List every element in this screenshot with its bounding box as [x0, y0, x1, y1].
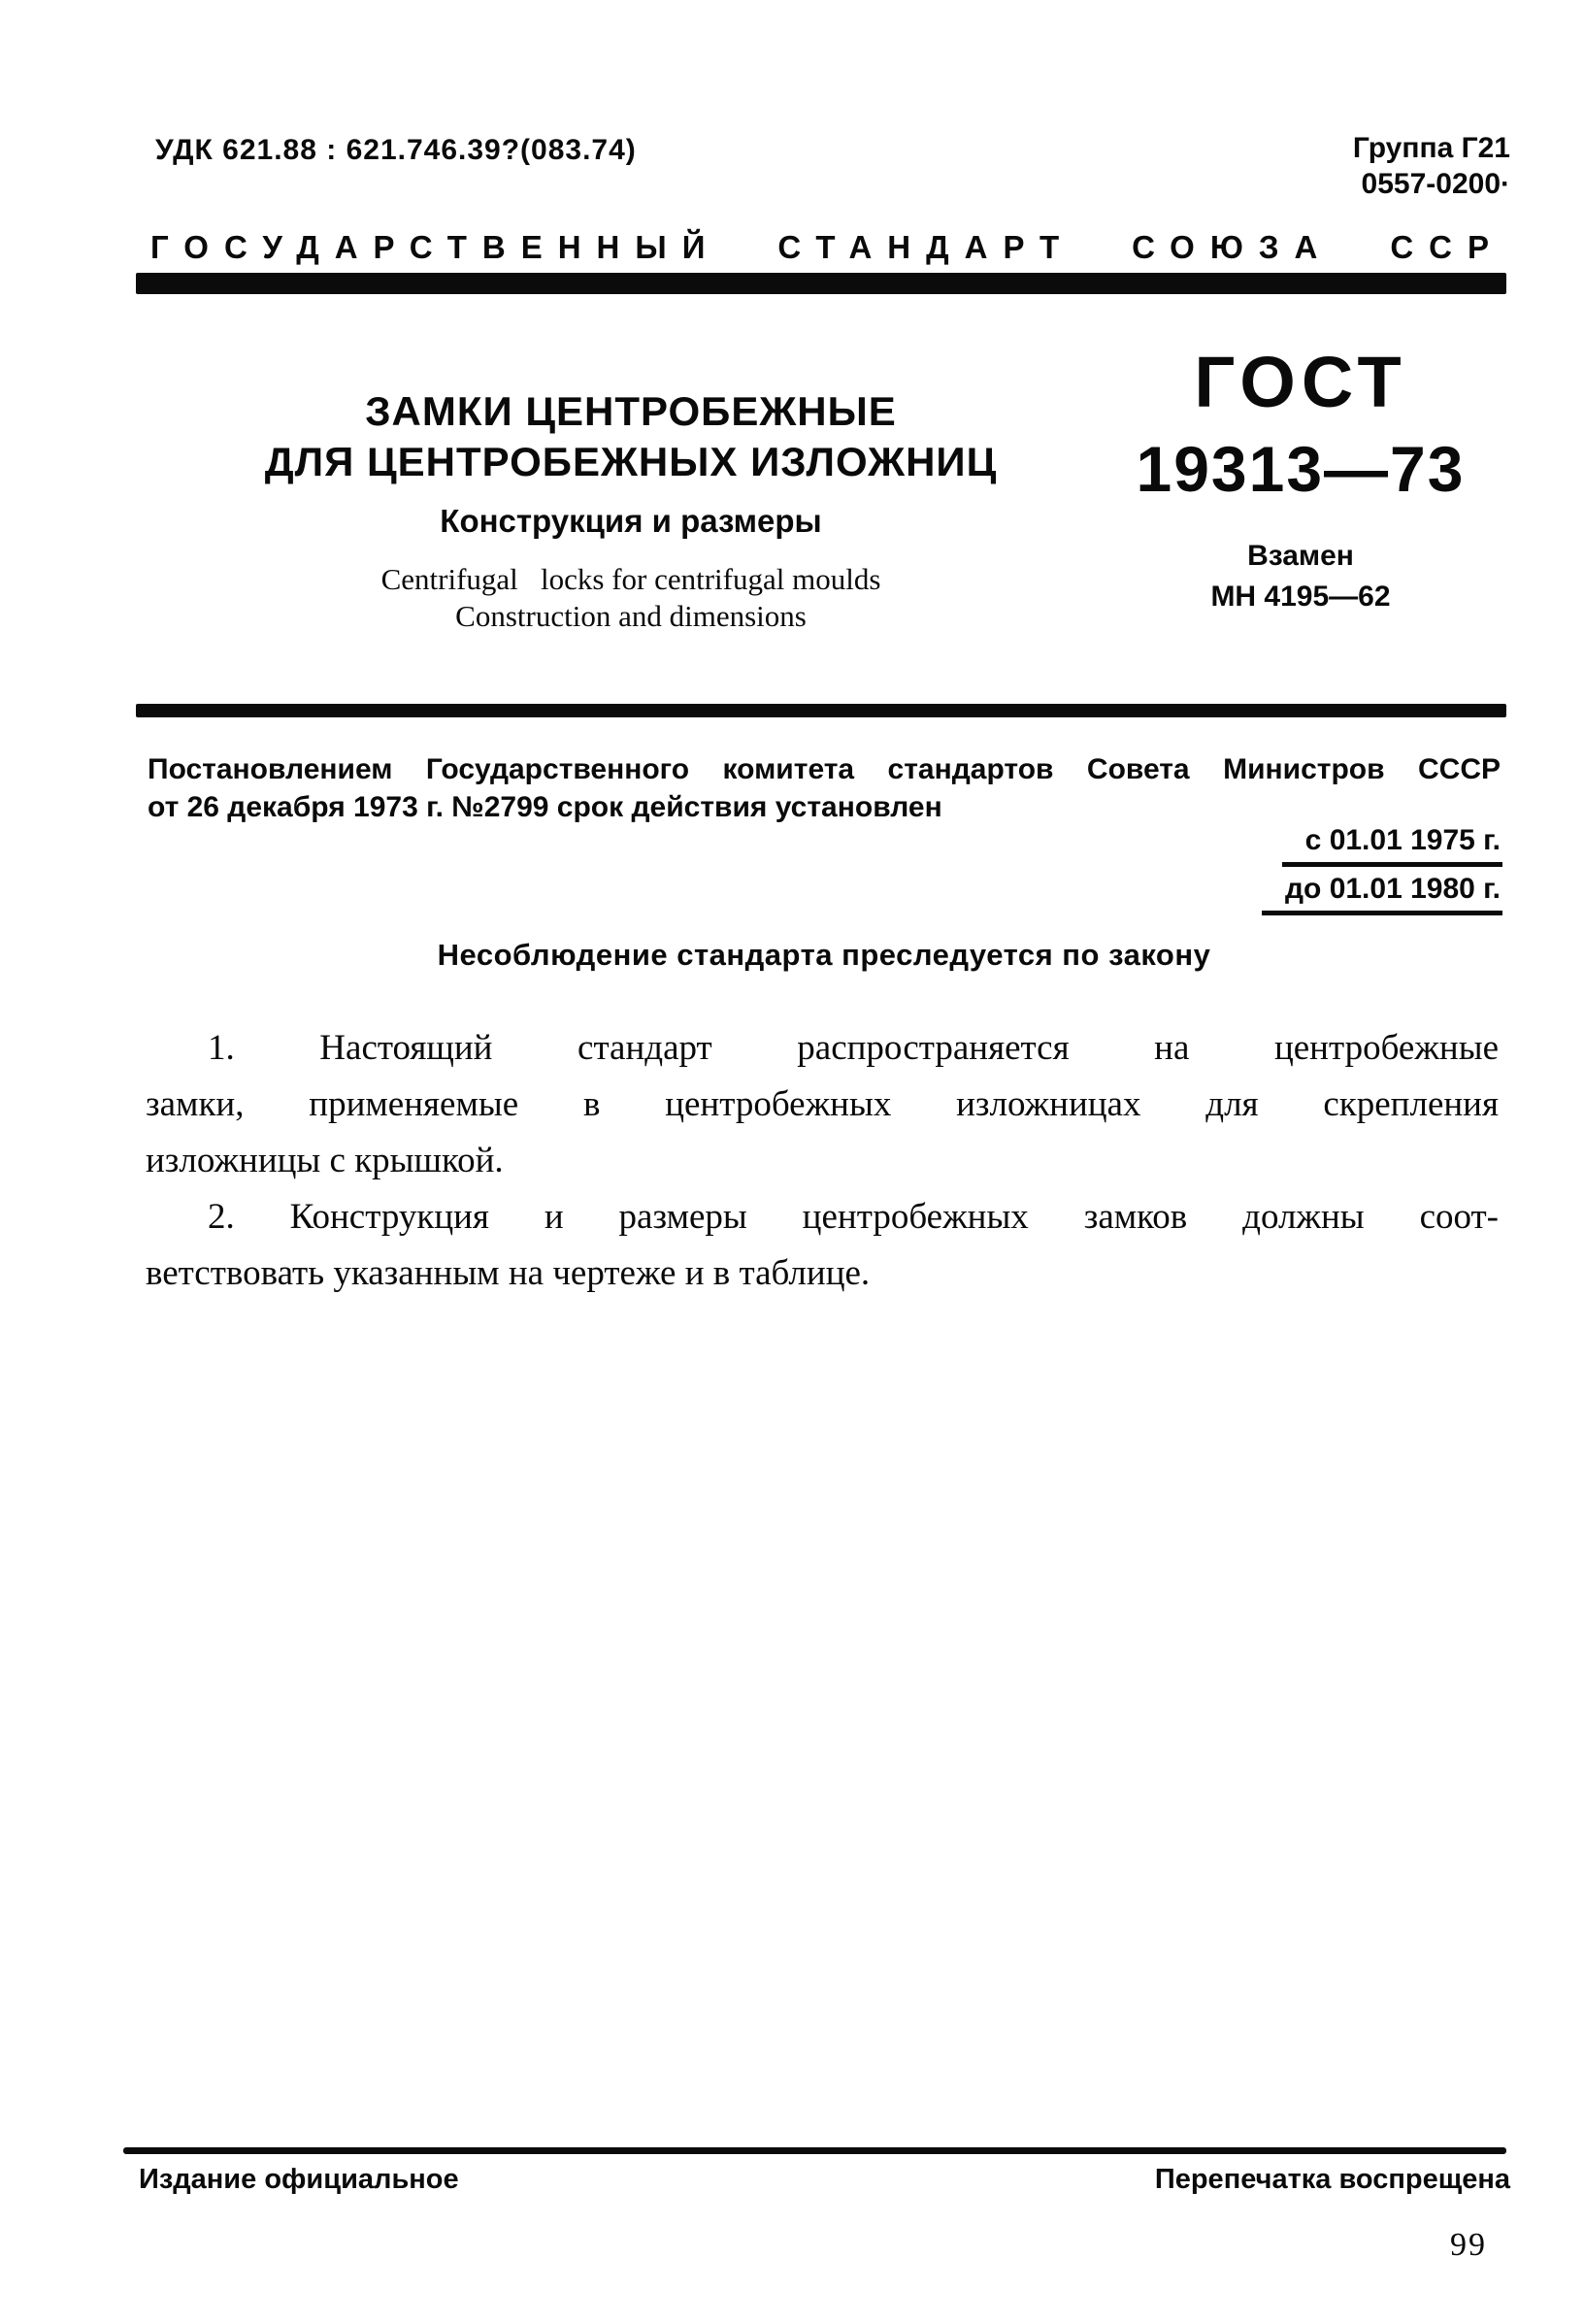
paragraph-2-line-1: 2. Конструкция и размеры центробежных за… — [146, 1189, 1499, 1245]
paragraph-1-line-1: 1. Настоящий стандарт распространяется н… — [146, 1020, 1499, 1077]
edition-note: Издание официальное — [139, 2164, 459, 2196]
paragraph-1-line-3: изложницы с крышкой. — [146, 1133, 1499, 1189]
decree-line1: Постановлением Государственного комитета… — [148, 750, 1501, 788]
document-page: УДК 621.88 : 621.746.39?(083.74) Группа … — [0, 0, 1584, 2324]
footer-rule — [123, 2147, 1506, 2154]
valid-to-line: до 01.01 1980 г. — [1262, 873, 1502, 915]
gost-word: ГОСТ — [1116, 346, 1485, 419]
udc-code: УДК 621.88 : 621.746.39?(083.74) — [155, 134, 637, 167]
decree-paragraph: Постановлением Государственного комитета… — [148, 750, 1501, 826]
validity-dates: с 01.01 1975 г. до 01.01 1980 г. — [1262, 824, 1502, 921]
page-number: 99 — [1450, 2227, 1487, 2264]
group-code: 0557-0200· — [1353, 166, 1510, 202]
footer-row: Издание официальное Перепечатка воспреще… — [139, 2164, 1510, 2196]
subtitle-ru: Конструкция и размеры — [146, 503, 1116, 540]
state-standard-header: ГОСУДАРСТВЕННЫЙ СТАНДАРТ СОЮЗА ССР — [150, 229, 1504, 266]
header-divider-bar — [136, 273, 1506, 294]
group-block: Группа Г21 0557-0200· — [1353, 130, 1510, 202]
reprint-notice: Перепечатка воспрещена — [1155, 2164, 1510, 2196]
title-ru-line1: ЗАМКИ ЦЕНТРОБЕЖНЫЕ — [146, 386, 1116, 437]
law-notice: Несоблюдение стандарта преследуется по з… — [146, 938, 1502, 973]
valid-from-line: с 01.01 1975 г. — [1262, 824, 1502, 867]
section-divider-bar — [136, 704, 1506, 717]
valid-to-date: до 01.01 1980 г. — [1262, 873, 1502, 915]
title-en-line2: Construction and dimensions — [146, 598, 1116, 635]
title-en: Centrifugal locks for centrifugal moulds… — [146, 561, 1116, 635]
title-ru-line2: ДЛЯ ЦЕНТРОБЕЖНЫХ ИЗЛОЖНИЦ — [146, 437, 1116, 487]
paragraph-2-line-2: ветствовать указанным на чертеже и в таб… — [146, 1245, 1499, 1302]
gost-number: 19313—73 — [1116, 435, 1485, 503]
group-label: Группа Г21 — [1353, 130, 1510, 166]
decree-line2: от 26 декабря 1973 г. №2799 срок действи… — [148, 788, 1501, 826]
title-ru: ЗАМКИ ЦЕНТРОБЕЖНЫЕ ДЛЯ ЦЕНТРОБЕЖНЫХ ИЗЛО… — [146, 386, 1116, 487]
valid-from-date: с 01.01 1975 г. — [1282, 824, 1502, 867]
replaces-label: Взамен — [1116, 540, 1485, 573]
title-block: ЗАМКИ ЦЕНТРОБЕЖНЫЕ ДЛЯ ЦЕНТРОБЕЖНЫХ ИЗЛО… — [146, 386, 1116, 635]
designation-block: ГОСТ 19313—73 Взамен МН 4195—62 — [1116, 346, 1485, 614]
title-en-line1: Centrifugal locks for centrifugal moulds — [146, 561, 1116, 598]
body-text: 1. Настоящий стандарт распространяется н… — [146, 1020, 1499, 1302]
replaces-number: МН 4195—62 — [1116, 581, 1485, 614]
paragraph-1-line-2: замки, применяемые в центробежных изложн… — [146, 1077, 1499, 1133]
